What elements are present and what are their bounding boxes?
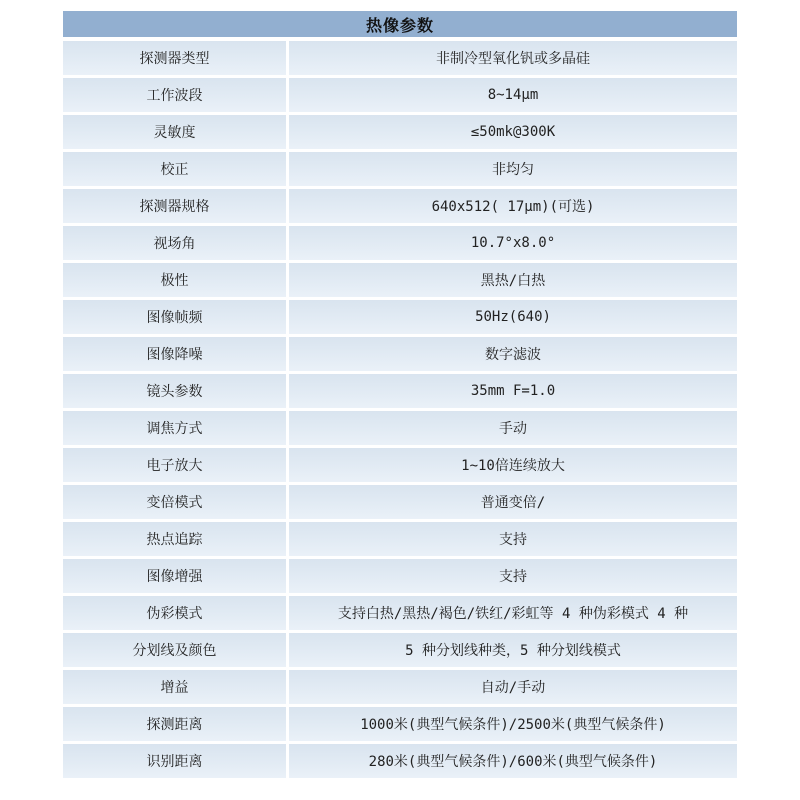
parameter-name-cell: 图像帧频 [63, 300, 289, 334]
parameter-value-cell: 非制冷型氧化钒或多晶硅 [289, 41, 737, 75]
parameter-value-cell: 640x512( 17μm)(可选) [289, 189, 737, 223]
table-row: 变倍模式 普通变倍/ [63, 485, 737, 522]
table-row: 热点追踪 支持 [63, 522, 737, 559]
table-body: 探测器类型 非制冷型氧化钒或多晶硅 工作波段 8~14μm 灵敏度 ≤50mk@… [63, 41, 737, 781]
parameter-value-cell: 1~10倍连续放大 [289, 448, 737, 482]
parameter-name-cell: 调焦方式 [63, 411, 289, 445]
parameter-name-cell: 热点追踪 [63, 522, 289, 556]
table-row: 探测距离 1000米(典型气候条件)/2500米(典型气候条件) [63, 707, 737, 744]
parameter-value-cell: 50Hz(640) [289, 300, 737, 334]
table-row: 极性 黑热/白热 [63, 263, 737, 300]
parameter-name-cell: 探测器类型 [63, 41, 289, 75]
parameter-name-cell: 电子放大 [63, 448, 289, 482]
parameter-value-cell: 280米(典型气候条件)/600米(典型气候条件) [289, 744, 737, 778]
parameter-name-cell: 灵敏度 [63, 115, 289, 149]
table-row: 工作波段 8~14μm [63, 78, 737, 115]
table-row: 图像增强 支持 [63, 559, 737, 596]
table-row: 校正 非均匀 [63, 152, 737, 189]
parameter-name-cell: 视场角 [63, 226, 289, 260]
parameter-name-cell: 探测器规格 [63, 189, 289, 223]
table-row: 探测器类型 非制冷型氧化钒或多晶硅 [63, 41, 737, 78]
table-row: 分划线及颜色 5 种分划线种类，5 种分划线模式 [63, 633, 737, 670]
parameter-name-cell: 图像增强 [63, 559, 289, 593]
table-row: 镜头参数 35mm F=1.0 [63, 374, 737, 411]
parameter-value-cell: 35mm F=1.0 [289, 374, 737, 408]
parameter-name-cell: 分划线及颜色 [63, 633, 289, 667]
table-row: 视场角 10.7°x8.0° [63, 226, 737, 263]
parameter-value-cell: 普通变倍/ [289, 485, 737, 519]
parameter-value-cell: 黑热/白热 [289, 263, 737, 297]
parameter-value-cell: 非均匀 [289, 152, 737, 186]
parameter-value-cell: ≤50mk@300K [289, 115, 737, 149]
parameter-name-cell: 探测距离 [63, 707, 289, 741]
table-row: 图像降噪 数字滤波 [63, 337, 737, 374]
parameter-name-cell: 镜头参数 [63, 374, 289, 408]
parameter-name-cell: 伪彩模式 [63, 596, 289, 630]
thermal-spec-table: 热像参数 探测器类型 非制冷型氧化钒或多晶硅 工作波段 8~14μm 灵敏度 ≤… [63, 11, 737, 781]
parameter-value-cell: 支持白热/黑热/褐色/铁红/彩虹等 4 种伪彩模式 4 种 [289, 596, 737, 630]
parameter-value-cell: 8~14μm [289, 78, 737, 112]
table-row: 调焦方式 手动 [63, 411, 737, 448]
table-row: 伪彩模式 支持白热/黑热/褐色/铁红/彩虹等 4 种伪彩模式 4 种 [63, 596, 737, 633]
table-row: 图像帧频 50Hz(640) [63, 300, 737, 337]
parameter-name-cell: 变倍模式 [63, 485, 289, 519]
parameter-value-cell: 数字滤波 [289, 337, 737, 371]
parameter-value-cell: 自动/手动 [289, 670, 737, 704]
parameter-name-cell: 识别距离 [63, 744, 289, 778]
page: 热像参数 探测器类型 非制冷型氧化钒或多晶硅 工作波段 8~14μm 灵敏度 ≤… [0, 0, 800, 800]
parameter-value-cell: 支持 [289, 522, 737, 556]
table-title: 热像参数 [63, 11, 737, 41]
parameter-name-cell: 图像降噪 [63, 337, 289, 371]
table-row: 灵敏度 ≤50mk@300K [63, 115, 737, 152]
parameter-name-cell: 工作波段 [63, 78, 289, 112]
parameter-name-cell: 校正 [63, 152, 289, 186]
table-row: 识别距离 280米(典型气候条件)/600米(典型气候条件) [63, 744, 737, 781]
table-row: 电子放大 1~10倍连续放大 [63, 448, 737, 485]
parameter-value-cell: 5 种分划线种类，5 种分划线模式 [289, 633, 737, 667]
parameter-name-cell: 极性 [63, 263, 289, 297]
parameter-value-cell: 手动 [289, 411, 737, 445]
parameter-value-cell: 1000米(典型气候条件)/2500米(典型气候条件) [289, 707, 737, 741]
table-row: 增益 自动/手动 [63, 670, 737, 707]
table-row: 探测器规格 640x512( 17μm)(可选) [63, 189, 737, 226]
parameter-value-cell: 10.7°x8.0° [289, 226, 737, 260]
parameter-value-cell: 支持 [289, 559, 737, 593]
parameter-name-cell: 增益 [63, 670, 289, 704]
